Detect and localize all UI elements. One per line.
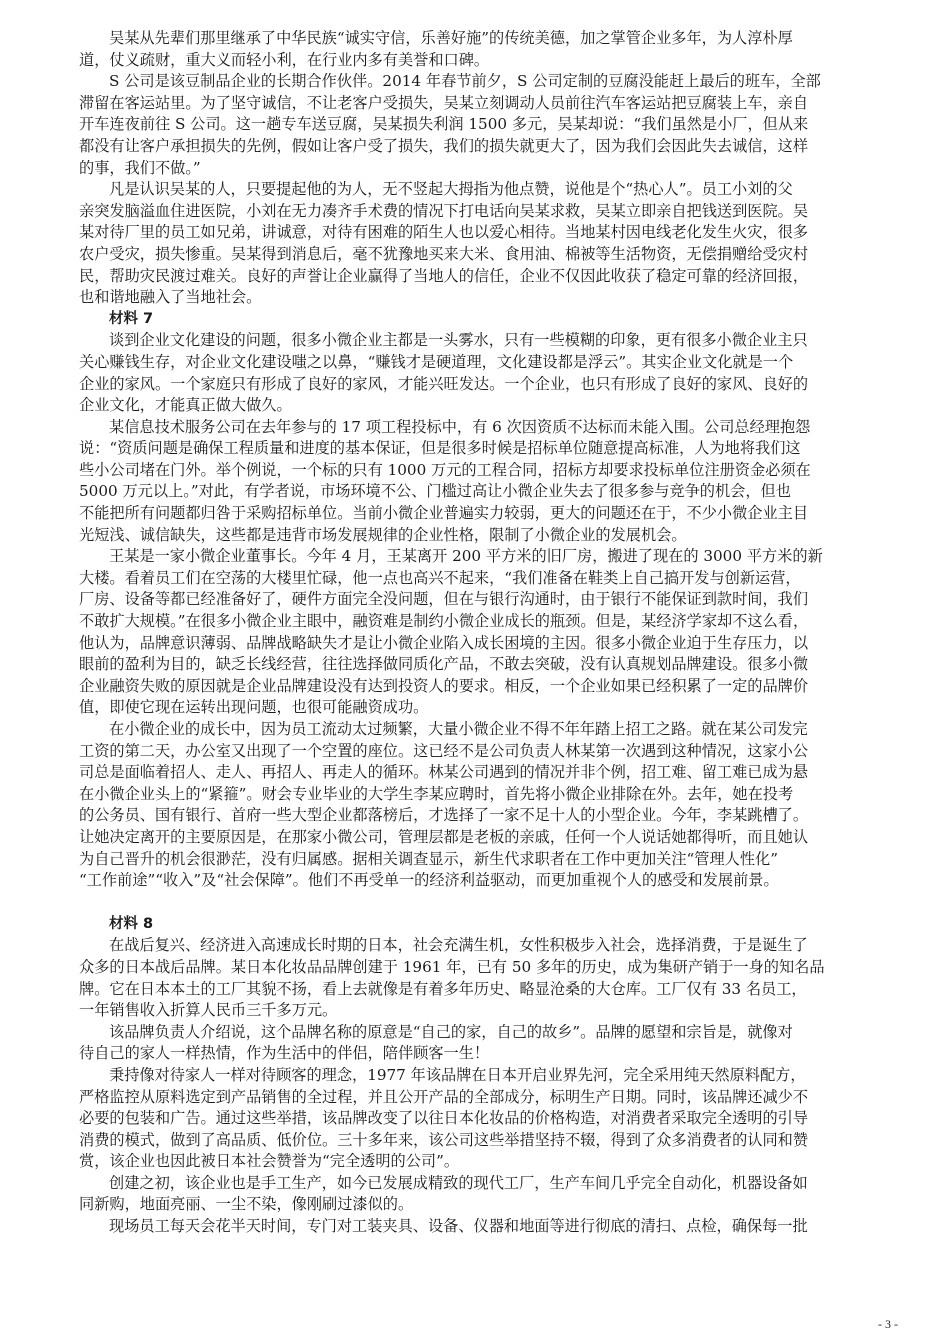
- text-line: 光短浅、诚信缺失，这些都是违背市场发展规律的企业性格，限制了小微企业的发展机会。: [79, 525, 879, 547]
- paragraph: 某信息技术服务公司在去年参与的 17 项工程投标中，有 6 次因资质不达标而未能…: [79, 417, 879, 547]
- paragraph: 吴某从先辈们那里继承了中华民族“诚实守信，乐善好施”的传统美德，加之掌管企业多年…: [79, 28, 879, 71]
- text-line: 企业融资失败的原因就是企业品牌建设没有达到投资人的要求。相反，一个企业如果已经积…: [79, 676, 879, 698]
- paragraph: 谈到企业文化建设的问题，很多小微企业主都是一头雾水，只有一些模糊的印象，更有很多…: [79, 330, 879, 416]
- paragraph: S 公司是该豆制品企业的长期合作伙伴。2014 年春节前夕，S 公司定制的豆腐没…: [79, 71, 879, 179]
- text-line: 的公务员、国有银行、首府一些大型企业都落榜后，才选择了一家不足十人的小型企业。今…: [79, 805, 879, 827]
- section-heading: 材料 8: [79, 914, 879, 936]
- text-line: 民，帮助灾民渡过难关。良好的声誉让企业赢得了当地人的信任，企业不仅因此收获了稳定…: [79, 266, 879, 288]
- text-line: 都没有让客户承担损失的先例，假如让客户受了损失，我们的损失就更大了，因为我们会因…: [79, 136, 879, 158]
- text-line: 道，仗义疏财，重大义而轻小利，在行业内多有美誉和口碑。: [79, 50, 879, 72]
- text-line: 不敢扩大规模。”在很多小微企业主眼中，融资难是制约小微企业成长的瓶颈。但是，某经…: [79, 611, 879, 633]
- text-line: 些小公司堵在门外。举个例说，一个标的只有 1000 万元的工程合同，招标方却要求…: [79, 460, 879, 482]
- text-line: 创建之初，该企业也是手工生产，如今已发展成精致的现代工厂，生产车间几乎完全自动化…: [79, 1173, 879, 1195]
- text-line: 司总是面临着招人、走人、再招人、再走人的循环。林某公司遇到的情况并非个例，招工难…: [79, 762, 879, 784]
- document-body: 吴某从先辈们那里继承了中华民族“诚实守信，乐善好施”的传统美德，加之掌管企业多年…: [79, 28, 879, 1238]
- text-line: 一年销售收入折算人民币三千多万元。: [79, 1000, 879, 1022]
- text-line: 为自己晋升的机会很渺茫，没有归属感。据相关调查显示，新生代求职者在工作中更加关注…: [79, 849, 879, 871]
- text-line: 必要的包装和广告。通过这些举措，该品牌改变了以往日本化妆品的价格构造，对消费者采…: [79, 1108, 879, 1130]
- text-line: 某对待厂里的员工如兄弟，讲诚意，对待有困难的陌生人也以爱心相待。当地某村因电线老…: [79, 222, 879, 244]
- section-heading: 材料 7: [79, 309, 879, 331]
- paragraph: 现场员工每天会花半天时间，专门对工装夹具、设备、仪器和地面等进行彻底的清扫、点检…: [79, 1216, 879, 1238]
- page-number: - 3 -: [878, 1317, 898, 1332]
- text-line: 让她决定离开的主要原因是，在那家小微公司，管理层都是老板的亲戚，任何一个人说话她…: [79, 827, 879, 849]
- text-line: 值，即使它现在运转出现问题，也很可能融资成功。: [79, 697, 879, 719]
- text-line: 大楼。看着员工们在空荡的大楼里忙碌，他一点也高兴不起来，“我们准备在鞋类上自己搞…: [79, 568, 879, 590]
- text-line: 也和谐地融入了当地社会。: [79, 287, 879, 309]
- paragraph: 凡是认识吴某的人，只要提起他的为人，无不竖起大拇指为他点赞，说他是个“热心人”。…: [79, 179, 879, 309]
- text-line: 开车连夜前往 S 公司。这一趟专车送豆腐，吴某损失利润 1500 多元，吴某却说…: [79, 114, 879, 136]
- heading-text: 材料 8: [79, 914, 879, 936]
- text-line: 现场员工每天会花半天时间，专门对工装夹具、设备、仪器和地面等进行彻底的清扫、点检…: [79, 1216, 879, 1238]
- text-line: 企业的家风。一个家庭只有形成了良好的家风，才能兴旺发达。一个企业，也只有形成了良…: [79, 374, 879, 396]
- text-line: 他认为，品牌意识薄弱、品牌战略缺失才是让小微企业陷入成长困境的主因。很多小微企业…: [79, 633, 879, 655]
- text-line: 工资的第二天，办公室又出现了一个空置的座位。这已经不是公司负责人林某第一次遇到这…: [79, 741, 879, 763]
- heading-text: 材料 7: [79, 309, 879, 331]
- text-line: S 公司是该豆制品企业的长期合作伙伴。2014 年春节前夕，S 公司定制的豆腐没…: [79, 71, 879, 93]
- text-line: 5000 万元以上。”对此，有学者说，市场环境不公、门槛过高让小微企业失去了很多…: [79, 481, 879, 503]
- section-spacer: [79, 892, 879, 914]
- text-line: 赏，该企业也因此被日本社会赞誉为“完全透明的公司”。: [79, 1151, 879, 1173]
- text-line: 在小微企业的成长中，因为员工流动太过频繁，大量小微企业不得不年年踏上招工之路。就…: [79, 719, 879, 741]
- text-line: 某信息技术服务公司在去年参与的 17 项工程投标中，有 6 次因资质不达标而未能…: [79, 417, 879, 439]
- text-line: 牌。它在日本本土的工厂其貌不扬，看上去就像是有着多年历史、略显沧桑的大仓库。工厂…: [79, 979, 879, 1001]
- text-line: 的事，我们不做。”: [79, 158, 879, 180]
- text-line: 王某是一家小微企业董事长。今年 4 月，王某离开 200 平方米的旧厂房，搬进了…: [79, 546, 879, 568]
- paragraph: 王某是一家小微企业董事长。今年 4 月，王某离开 200 平方米的旧厂房，搬进了…: [79, 546, 879, 719]
- text-line: 关心赚钱生存，对企业文化建设嗤之以鼻，“赚钱才是硬道理，文化建设都是浮云”。其实…: [79, 352, 879, 374]
- text-line: 待自己的家人一样热情，作为生活中的伴侣，陪伴顾客一生！: [79, 1043, 879, 1065]
- text-line: 吴某从先辈们那里继承了中华民族“诚实守信，乐善好施”的传统美德，加之掌管企业多年…: [79, 28, 879, 50]
- text-line: 眼前的盈利为目的，缺乏长线经营，往往选择做同质化产品，不敢去突破，没有认真规划品…: [79, 654, 879, 676]
- text-line: 谈到企业文化建设的问题，很多小微企业主都是一头雾水，只有一些模糊的印象，更有很多…: [79, 330, 879, 352]
- text-line: 厂房、设备等都已经准备好了，硬件方面完全没问题，但在与银行沟通时，由于银行不能保…: [79, 589, 879, 611]
- paragraph: 该品牌负责人介绍说，这个品牌名称的原意是“自己的家，自己的故乡”。品牌的愿望和宗…: [79, 1022, 879, 1065]
- text-line: 亲突发脑溢血住进医院，小刘在无力凑齐手术费的情况下打电话向吴某求救，吴某立即亲自…: [79, 201, 879, 223]
- text-line: 在小微企业头上的“紧箍”。财会专业毕业的大学生李某应聘时，首先将小微企业排除在外…: [79, 784, 879, 806]
- document-page: 吴某从先辈们那里继承了中华民族“诚实守信，乐善好施”的传统美德，加之掌管企业多年…: [0, 0, 950, 1344]
- text-line: “工作前途”“收入”及“社会保障”。他们不再受单一的经济利益驱动，而更加重视个人…: [79, 870, 879, 892]
- text-line: 企业文化，才能真正做大做久。: [79, 395, 879, 417]
- text-line: 凡是认识吴某的人，只要提起他的为人，无不竖起大拇指为他点赞，说他是个“热心人”。…: [79, 179, 879, 201]
- text-line: 在战后复兴、经济进入高速成长时期的日本，社会充满生机，女性积极步入社会，选择消费…: [79, 935, 879, 957]
- text-line: 该品牌负责人介绍说，这个品牌名称的原意是“自己的家，自己的故乡”。品牌的愿望和宗…: [79, 1022, 879, 1044]
- paragraph: 在小微企业的成长中，因为员工流动太过频繁，大量小微企业不得不年年踏上招工之路。就…: [79, 719, 879, 892]
- text-line: 严格监控从原料选定到产品销售的全过程，并且公开产品的全部成分，标明生产日期。同时…: [79, 1087, 879, 1109]
- text-line: 同新购，地面亮丽、一尘不染，像刚刷过漆似的。: [79, 1194, 879, 1216]
- text-line: 秉持像对待家人一样对待顾客的理念，1977 年该品牌在日本开启业界先河，完全采用…: [79, 1065, 879, 1087]
- text-line: 说：“资质问题是确保工程质量和进度的基本保证，但是很多时候是招标单位随意提高标准…: [79, 438, 879, 460]
- paragraph: 在战后复兴、经济进入高速成长时期的日本，社会充满生机，女性积极步入社会，选择消费…: [79, 935, 879, 1021]
- text-line: 滞留在客运站里。为了坚守诚信，不让老客户受损失，吴某立刻调动人员前往汽车客运站把…: [79, 93, 879, 115]
- text-line: 农户受灾，损失惨重。吴某得到消息后，毫不犹豫地买来大米、食用油、棉被等生活物资，…: [79, 244, 879, 266]
- text-line: 众多的日本战后品牌。某日本化妆品品牌创建于 1961 年，已有 50 多年的历史…: [79, 957, 879, 979]
- text-line: 不能把所有问题都归咎于采购招标单位。当前小微企业普遍实力较弱，更大的问题还在于，…: [79, 503, 879, 525]
- paragraph: 创建之初，该企业也是手工生产，如今已发展成精致的现代工厂，生产车间几乎完全自动化…: [79, 1173, 879, 1216]
- paragraph: 秉持像对待家人一样对待顾客的理念，1977 年该品牌在日本开启业界先河，完全采用…: [79, 1065, 879, 1173]
- text-line: 消费的模式，做到了高品质、低价位。三十多年来，该公司这些举措坚持不辍，得到了众多…: [79, 1130, 879, 1152]
